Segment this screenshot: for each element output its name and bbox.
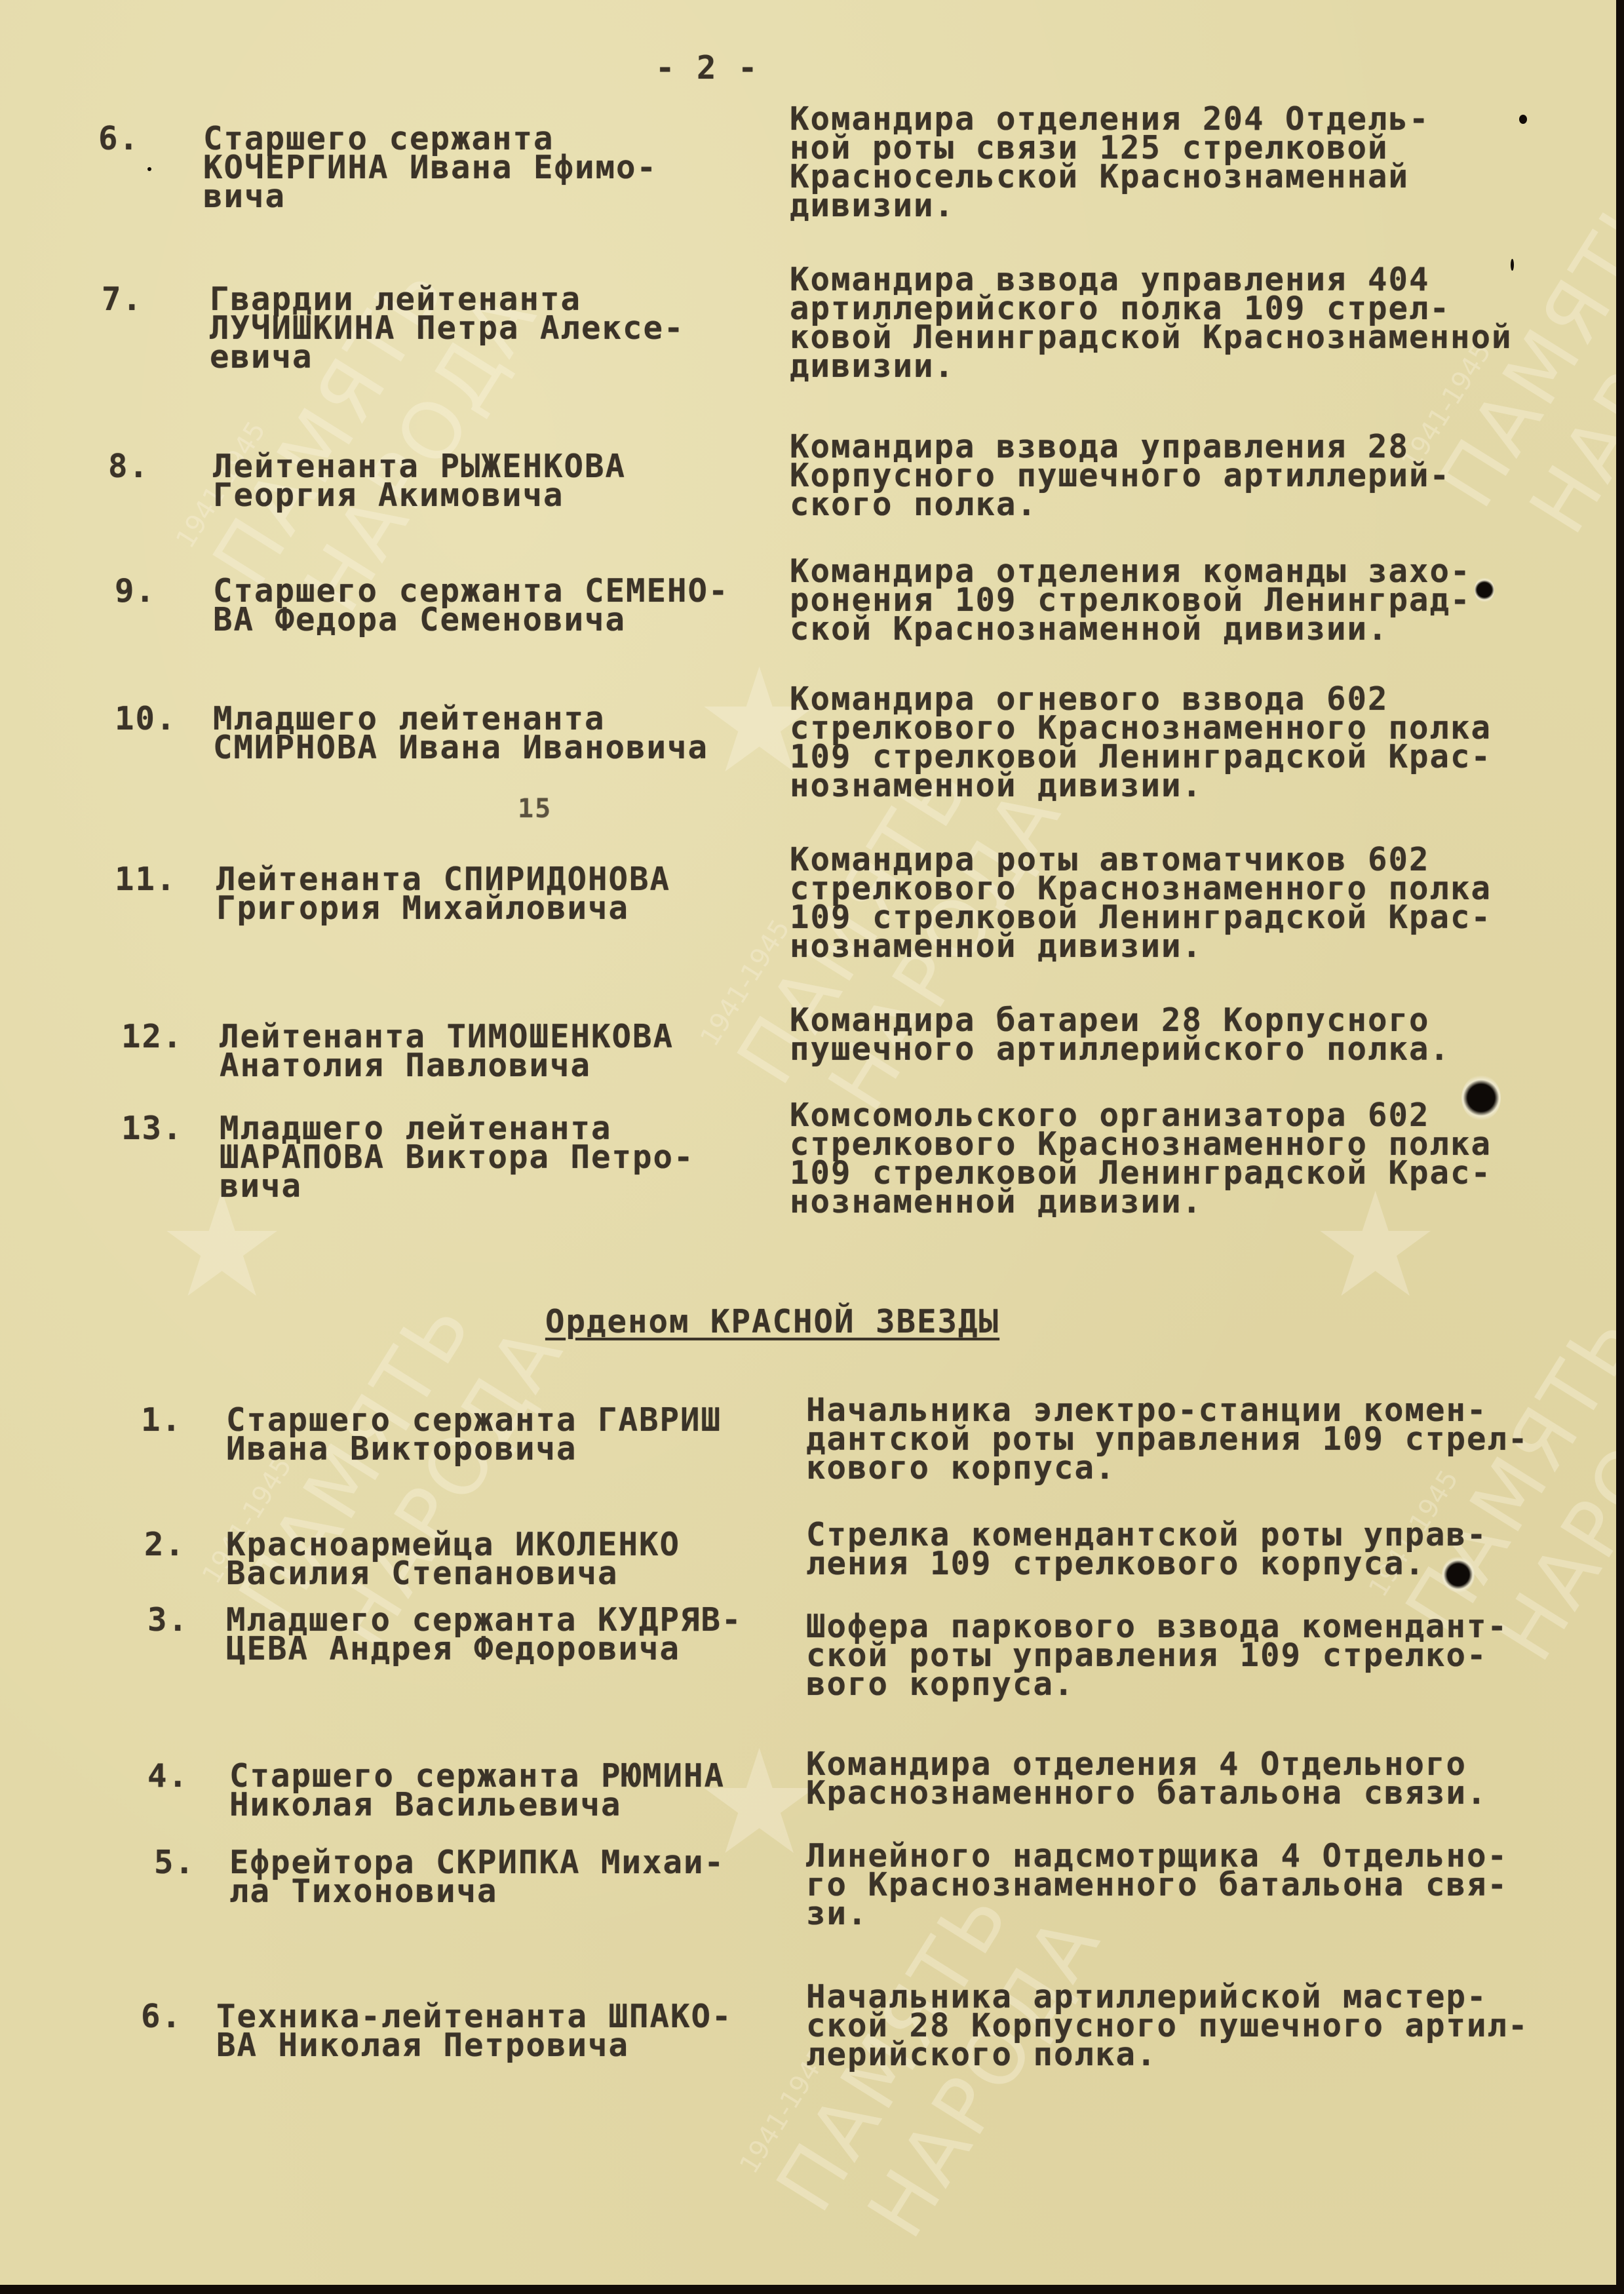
- recipient-name-line: Анатолия Павловича: [220, 1051, 674, 1080]
- recipient-name: Гвардии лейтенантаЛУЧИШКИНА Петра Алексе…: [210, 285, 685, 372]
- recipient-name: Лейтенанта РЫЖЕНКОВАГеоргия Акимовича: [213, 452, 626, 510]
- recipient-position: Командира отделения команды захо-ронения…: [790, 557, 1471, 644]
- entry-number: 5.: [154, 1848, 195, 1877]
- recipient-position-line: нознаменной дивизии.: [790, 932, 1492, 961]
- recipient-name-line: Василия Степановича: [226, 1559, 680, 1588]
- recipient-position: Линейного надсмотрщика 4 Отдельно-го Кра…: [806, 1842, 1508, 1928]
- recipient-position: Начальника электро-станции комен-дантско…: [806, 1396, 1529, 1483]
- recipient-name-line: ВА Федора Семеновича: [213, 606, 729, 634]
- margin-mark: 15: [518, 794, 552, 823]
- recipient-position: Начальника артиллерийской мастер-ской 28…: [806, 1983, 1529, 2069]
- page-number: - 2 -: [655, 54, 759, 83]
- recipient-name-line: Григория Михайловича: [216, 894, 670, 923]
- recipient-position-line: зи.: [806, 1899, 1508, 1928]
- scan-border: [0, 2285, 1624, 2294]
- recipient-position: Командира отделения 204 Отдель-ной роты …: [790, 105, 1430, 220]
- entry-number: 12.: [121, 1022, 184, 1051]
- entry-number: 11.: [115, 865, 177, 894]
- recipient-name-line: Ивана Викторовича: [226, 1435, 722, 1464]
- recipient-position: Шофера паркового взвода комендант-ской р…: [806, 1612, 1508, 1699]
- recipient-name-line: вича: [220, 1172, 695, 1201]
- entry-number: 9.: [115, 577, 156, 606]
- entry-number: 3.: [147, 1606, 189, 1635]
- recipient-name-line: вича: [203, 182, 657, 211]
- recipient-name-line: СМИРНОВА Ивана Ивановича: [213, 733, 708, 762]
- recipient-name: Старшего сержантаКОЧЕРГИНА Ивана Ефимо-в…: [203, 125, 657, 211]
- recipient-position-line: нознаменной дивизии.: [790, 771, 1492, 800]
- recipient-position-line: лерийского полка.: [806, 2040, 1529, 2069]
- recipient-name-line: ВА Николая Петровича: [216, 2031, 733, 2060]
- entry-number: 13.: [121, 1114, 184, 1143]
- entry-number: 10.: [115, 705, 177, 733]
- recipient-name-line: Николая Васильевича: [229, 1791, 725, 1819]
- recipient-name: Младшего лейтенантаСМИРНОВА Ивана Иванов…: [213, 705, 708, 762]
- recipient-position: Командира взвода управления 404артиллери…: [790, 265, 1513, 381]
- recipient-position: Командира отделения 4 ОтдельногоКраснозн…: [806, 1750, 1488, 1808]
- recipient-position-line: го Краснознаменного батальона свя-: [806, 1871, 1508, 1899]
- entry-number: 6.: [141, 2002, 182, 2031]
- recipient-position-line: нознаменной дивизии.: [790, 1188, 1492, 1216]
- recipient-position-line: дивизии.: [790, 352, 1513, 381]
- recipient-name: Красноармейца ИКОЛЕНКОВасилия Степанович…: [226, 1530, 680, 1588]
- recipient-name-line: Георгия Акимовича: [213, 481, 626, 510]
- recipient-name: Старшего сержанта РЮМИНАНиколая Васильев…: [229, 1762, 725, 1819]
- entry-number: 4.: [147, 1762, 189, 1791]
- recipient-name: Лейтенанта ТИМОШЕНКОВААнатолия Павловича: [220, 1022, 674, 1080]
- recipient-position: Командира батареи 28 Корпусногопушечного…: [790, 1006, 1450, 1064]
- scan-border: [1616, 0, 1624, 2294]
- entry-number: 6.: [98, 125, 140, 153]
- paper-hole: [1461, 1075, 1501, 1121]
- recipient-name-line: евича: [210, 343, 685, 372]
- document-page: 1941-1945 ПАМЯТЬ НАРОДА 1941-1945 ПАМЯТЬ…: [0, 0, 1616, 2286]
- recipient-name: Старшего сержанта СЕМЕНО-ВА Федора Семен…: [213, 577, 729, 634]
- recipient-position-line: пушечного артиллерийского полка.: [790, 1035, 1450, 1064]
- recipient-position: Командира роты автоматчиков 602стрелково…: [790, 846, 1492, 961]
- recipient-position-line: вого корпуса.: [806, 1670, 1508, 1699]
- recipient-position-line: ского полка.: [790, 490, 1450, 519]
- recipient-position-line: ления 109 стрелкового корпуса.: [806, 1549, 1488, 1578]
- recipient-name: Ефрейтора СКРИПКА Михаи-ла Тихоновича: [229, 1848, 725, 1906]
- entry-number: 8.: [108, 452, 149, 481]
- recipient-name-line: ЦЕВА Андрея Федоровича: [226, 1635, 743, 1663]
- recipient-name: Старшего сержанта ГАВРИШИвана Викторович…: [226, 1406, 722, 1464]
- entry-number: 7.: [102, 285, 143, 314]
- recipient-position-line: кового корпуса.: [806, 1454, 1529, 1483]
- section-heading: Орденом КРАСНОЙ ЗВЕЗДЫ: [545, 1308, 999, 1336]
- recipient-position-line: дивизии.: [790, 191, 1430, 220]
- entry-number: 2.: [144, 1530, 185, 1559]
- recipient-name: Младшего лейтенантаШАРАПОВА Виктора Петр…: [220, 1114, 695, 1201]
- recipient-position: Комсомольского организатора 602стрелково…: [790, 1101, 1492, 1216]
- paper-hole: [1442, 1557, 1475, 1593]
- recipient-name-line: ла Тихоновича: [229, 1877, 725, 1906]
- recipient-name: Техника-лейтенанта ШПАКО-ВА Николая Петр…: [216, 2002, 733, 2060]
- recipient-name: Младшего сержанта КУДРЯВ-ЦЕВА Андрея Фед…: [226, 1606, 743, 1663]
- paper-hole: [1475, 577, 1494, 603]
- recipient-position-line: Краснознаменного батальона связи.: [806, 1779, 1488, 1808]
- recipient-position: Командира огневого взвода 602стрелкового…: [790, 685, 1492, 800]
- recipient-position-line: ской Краснознаменной дивизии.: [790, 615, 1471, 644]
- recipient-position: Командира взвода управления 28Корпусного…: [790, 433, 1450, 519]
- recipient-name: Лейтенанта СПИРИДОНОВАГригория Михайлови…: [216, 865, 670, 923]
- recipient-position: Стрелка комендантской роты управ-ления 1…: [806, 1521, 1488, 1578]
- entry-number: 1.: [141, 1406, 182, 1435]
